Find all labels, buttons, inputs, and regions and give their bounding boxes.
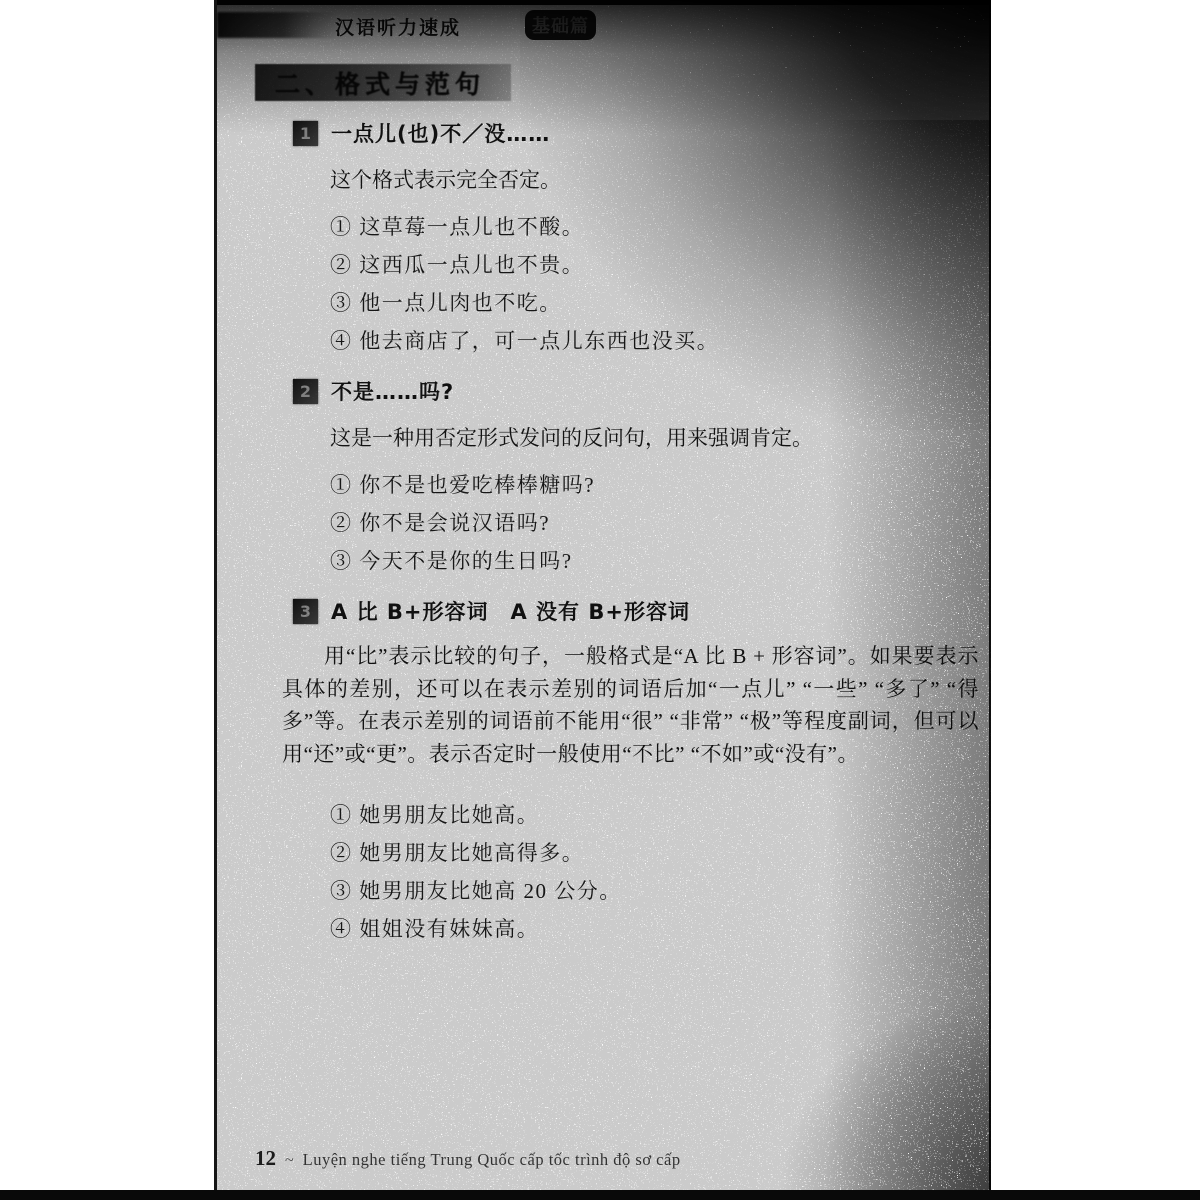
example-line: ③ 今天不是你的生日吗? [330, 542, 994, 580]
page-top-edge [217, 0, 989, 5]
page-number: 12 [255, 1146, 276, 1171]
example-line: ② 你不是会说汉语吗? [330, 504, 994, 542]
example-line: ④ 姐姐没有妹妹高。 [330, 910, 994, 948]
header-smudge [217, 12, 339, 38]
example-line: ③ 他一点儿肉也不吃。 [330, 284, 994, 322]
example-line: ① 你不是也爱吃棒棒糖吗? [330, 466, 994, 504]
item-head: 2 不是……吗? [293, 376, 994, 406]
item-title: 不是……吗? [331, 376, 454, 406]
example-list: ① 她男朋友比她高。 ② 她男朋友比她高得多。 ③ 她男朋友比她高 20 公分。… [282, 796, 994, 948]
footer-separator: ~ [285, 1152, 294, 1170]
page-header: 汉语听力速成 基础篇 [217, 10, 989, 44]
example-line: ④ 他去商店了，可一点儿东西也没买。 [330, 322, 994, 360]
book-header-title: 汉语听力速成 [335, 13, 461, 40]
scan-page: 汉语听力速成 基础篇 二、格式与范句 1 一点儿(也)不／没…… 这个格式表示完… [214, 0, 991, 1192]
example-line: ① 她男朋友比她高。 [330, 796, 994, 834]
item-description: 这个格式表示完全否定。 [330, 165, 994, 195]
footer-book-title: Luyện nghe tiếng Trung Quốc cấp tốc trìn… [303, 1150, 681, 1170]
bottom-scan-bar [0, 1190, 1200, 1200]
item-number-badge: 3 [293, 599, 318, 624]
example-line: ② 这西瓜一点儿也不贵。 [330, 246, 994, 284]
item-number-badge: 1 [293, 121, 318, 146]
page-footer: 12 ~ Luyện nghe tiếng Trung Quốc cấp tốc… [255, 1146, 681, 1171]
example-line: ② 她男朋友比她高得多。 [330, 834, 994, 872]
item-title: 一点儿(也)不／没…… [331, 118, 550, 148]
grammar-item-1: 1 一点儿(也)不／没…… 这个格式表示完全否定。 ① 这草莓一点儿也不酸。 ②… [282, 118, 994, 360]
example-line: ③ 她男朋友比她高 20 公分。 [330, 872, 994, 910]
grammar-paragraph: 用“比”表示比较的句子，一般格式是“A 比 B + 形容词”。如果要表示具体的差… [282, 640, 979, 770]
item-description: 这是一种用否定形式发问的反问句，用来强调肯定。 [330, 423, 994, 453]
item-number-badge: 2 [293, 379, 318, 404]
item-head: 3 A 比 B+形容词 A 没有 B+形容词 [293, 596, 994, 626]
item-title: A 比 B+形容词 A 没有 B+形容词 [331, 596, 690, 626]
grammar-item-2: 2 不是……吗? 这是一种用否定形式发问的反问句，用来强调肯定。 ① 你不是也爱… [282, 376, 994, 580]
book-header-badge: 基础篇 [525, 10, 596, 40]
item-head: 1 一点儿(也)不／没…… [293, 118, 994, 148]
section-title-bar: 二、格式与范句 [255, 64, 511, 101]
example-line: ① 这草莓一点儿也不酸。 [330, 208, 994, 246]
section-title-text: 二、格式与范句 [275, 65, 485, 101]
example-list: ① 你不是也爱吃棒棒糖吗? ② 你不是会说汉语吗? ③ 今天不是你的生日吗? [282, 466, 994, 580]
example-list: ① 这草莓一点儿也不酸。 ② 这西瓜一点儿也不贵。 ③ 他一点儿肉也不吃。 ④ … [282, 208, 994, 360]
grammar-item-3: 3 A 比 B+形容词 A 没有 B+形容词 用“比”表示比较的句子，一般格式是… [282, 596, 994, 948]
